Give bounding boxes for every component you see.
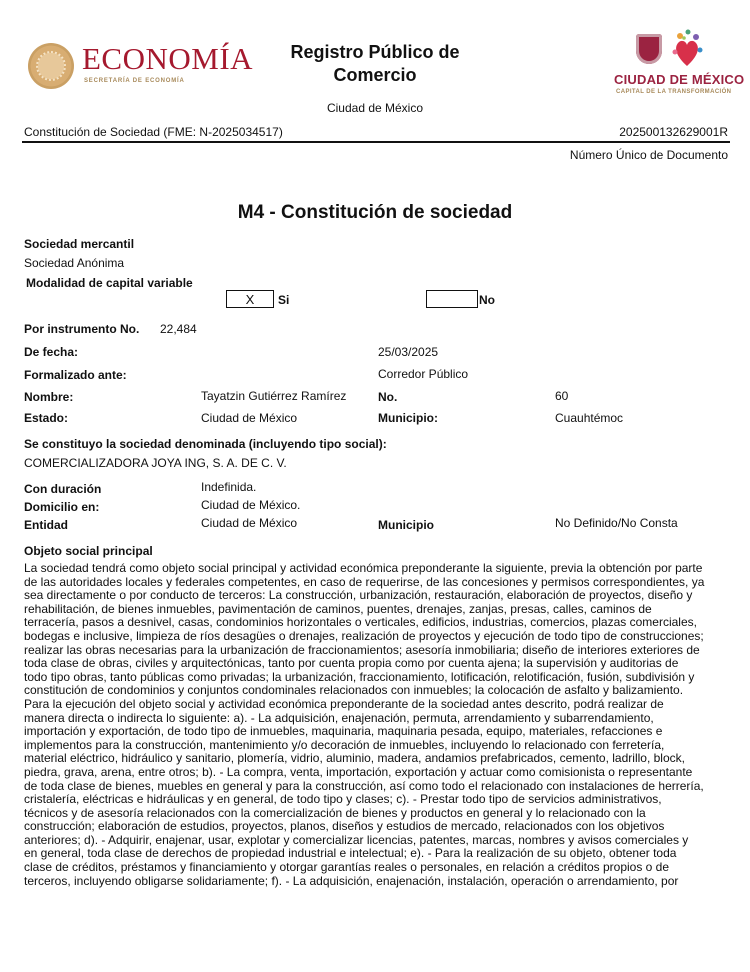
objeto-social-line: clase de créditos, préstamos y financiam… bbox=[24, 861, 728, 875]
objeto-social-line: todo tipo obras, tanto públicas como pri… bbox=[24, 671, 728, 685]
objeto-social-line: construcción; elaboración de estudios, p… bbox=[24, 820, 728, 834]
objeto-social-line: de toda clase de bienes, muebles en gene… bbox=[24, 780, 728, 794]
header-divider bbox=[22, 141, 730, 143]
document-number-label: Número Único de Documento bbox=[570, 148, 728, 162]
objeto-social-line: terracería, pasos a desnivel, casas, con… bbox=[24, 616, 728, 630]
objeto-social-label: Objeto social principal bbox=[24, 544, 153, 558]
objeto-social-line: material eléctrico, hidráulico y sanitar… bbox=[24, 752, 728, 766]
sociedad-mercantil-label: Sociedad mercantil bbox=[24, 237, 134, 251]
instrumento-label: Por instrumento No. bbox=[24, 322, 139, 336]
objeto-social-line: bodegas e inclusive, limpieza de ríos de… bbox=[24, 630, 728, 644]
capital-variable-si-label: Si bbox=[278, 293, 289, 307]
cdmx-shield-icon bbox=[636, 34, 662, 64]
objeto-social-line: La sociedad tendrá como objeto social pr… bbox=[24, 562, 728, 576]
objeto-social-text: La sociedad tendrá como objeto social pr… bbox=[24, 562, 728, 888]
objeto-social-line: manera directa o indirecta lo siguiente:… bbox=[24, 712, 728, 726]
duracion-label: Con duración bbox=[24, 482, 101, 496]
economia-logo-name: ECONOMÍA bbox=[82, 42, 253, 76]
objeto-social-line: en general, toda clase de derechos de pr… bbox=[24, 847, 728, 861]
objeto-social-line: toda clase de obras, civiles y arquitect… bbox=[24, 657, 728, 671]
objeto-social-line: constitución de condominios y conjuntos … bbox=[24, 684, 728, 698]
entidad-value: Ciudad de México bbox=[201, 516, 297, 530]
entidad-label: Entidad bbox=[24, 518, 68, 532]
capital-variable-no-label: No bbox=[479, 293, 495, 307]
objeto-social-line: terceros, incluyendo obligarse solidaria… bbox=[24, 875, 728, 889]
estado-value: Ciudad de México bbox=[201, 411, 297, 425]
objeto-social-line: Para la ejecución del objeto social y ac… bbox=[24, 698, 728, 712]
domicilio-label: Domicilio en: bbox=[24, 500, 99, 514]
nombre-label: Nombre: bbox=[24, 390, 73, 404]
objeto-social-line: técnicos y de asesoría relacionados con … bbox=[24, 807, 728, 821]
document-number: 202500132629001R bbox=[619, 125, 728, 139]
objeto-social-line: cristalería, eléctricas e hidráulicas y … bbox=[24, 793, 728, 807]
objeto-social-line: implementos para la construcción, manten… bbox=[24, 739, 728, 753]
fecha-value: 25/03/2025 bbox=[378, 345, 438, 359]
capital-variable-si-checkbox[interactable]: X bbox=[226, 290, 274, 308]
objeto-social-line: piedra, grava, arena, entre otros; b). -… bbox=[24, 766, 728, 780]
municipio2-value: No Definido/No Consta bbox=[555, 516, 678, 530]
cdmx-logo-name: CIUDAD DE MÉXICO bbox=[614, 72, 744, 87]
header-city: Ciudad de México bbox=[250, 101, 500, 115]
denominacion-label: Se constituyo la sociedad denominada (in… bbox=[24, 437, 387, 451]
formalizado-value: Corredor Público bbox=[378, 367, 468, 381]
estado-label: Estado: bbox=[24, 411, 68, 425]
objeto-social-line: de las autoridades locales y federales c… bbox=[24, 576, 728, 590]
duracion-value: Indefinida. bbox=[201, 480, 256, 494]
objeto-social-line: importación y exportación, de todo tipo … bbox=[24, 725, 728, 739]
objeto-social-line: sea directamente o por conducto de terce… bbox=[24, 589, 728, 603]
registry-title-line2: Comercio bbox=[250, 64, 500, 87]
economia-logo: ECONOMÍA SECRETARÍA DE ECONOMÍA bbox=[28, 40, 248, 92]
registry-title: Registro Público de Comercio bbox=[250, 41, 500, 87]
municipio2-label: Municipio bbox=[378, 518, 434, 532]
objeto-social-line: rehabilitación, de bienes inmuebles, pav… bbox=[24, 603, 728, 617]
no-value: 60 bbox=[555, 389, 568, 403]
municipio-value: Cuauhtémoc bbox=[555, 411, 623, 425]
registry-title-line1: Registro Público de bbox=[250, 41, 500, 64]
cdmx-heart-icon bbox=[670, 28, 704, 68]
objeto-social-line: anteriores; d). - Adquirir, enajenar, us… bbox=[24, 834, 728, 848]
economia-logo-subtitle: SECRETARÍA DE ECONOMÍA bbox=[84, 78, 185, 84]
procedure-reference: Constitución de Sociedad (FME: N-2025034… bbox=[24, 125, 283, 139]
municipio-label: Municipio: bbox=[378, 411, 438, 425]
form-title: M4 - Constitución de sociedad bbox=[0, 202, 750, 224]
nombre-value: Tayatzin Gutiérrez Ramírez bbox=[201, 389, 346, 403]
cdmx-logo: CIUDAD DE MÉXICO CAPITAL DE LA TRANSFORM… bbox=[612, 28, 742, 100]
domicilio-value: Ciudad de México. bbox=[201, 498, 300, 512]
mexico-seal-icon bbox=[28, 43, 74, 89]
fecha-label: De fecha: bbox=[24, 345, 78, 359]
formalizado-label: Formalizado ante: bbox=[24, 368, 127, 382]
denominacion-value: COMERCIALIZADORA JOYA ING, S. A. DE C. V… bbox=[24, 456, 287, 470]
cdmx-logo-subtitle: CAPITAL DE LA TRANSFORMACIÓN bbox=[616, 89, 731, 95]
capital-variable-label: Modalidad de capital variable bbox=[26, 276, 193, 290]
capital-variable-no-checkbox[interactable] bbox=[426, 290, 478, 308]
objeto-social-line: realizar las obras necesarias para la ur… bbox=[24, 644, 728, 658]
instrumento-value: 22,484 bbox=[160, 322, 197, 336]
sociedad-mercantil-value: Sociedad Anónima bbox=[24, 256, 124, 270]
no-label: No. bbox=[378, 390, 397, 404]
